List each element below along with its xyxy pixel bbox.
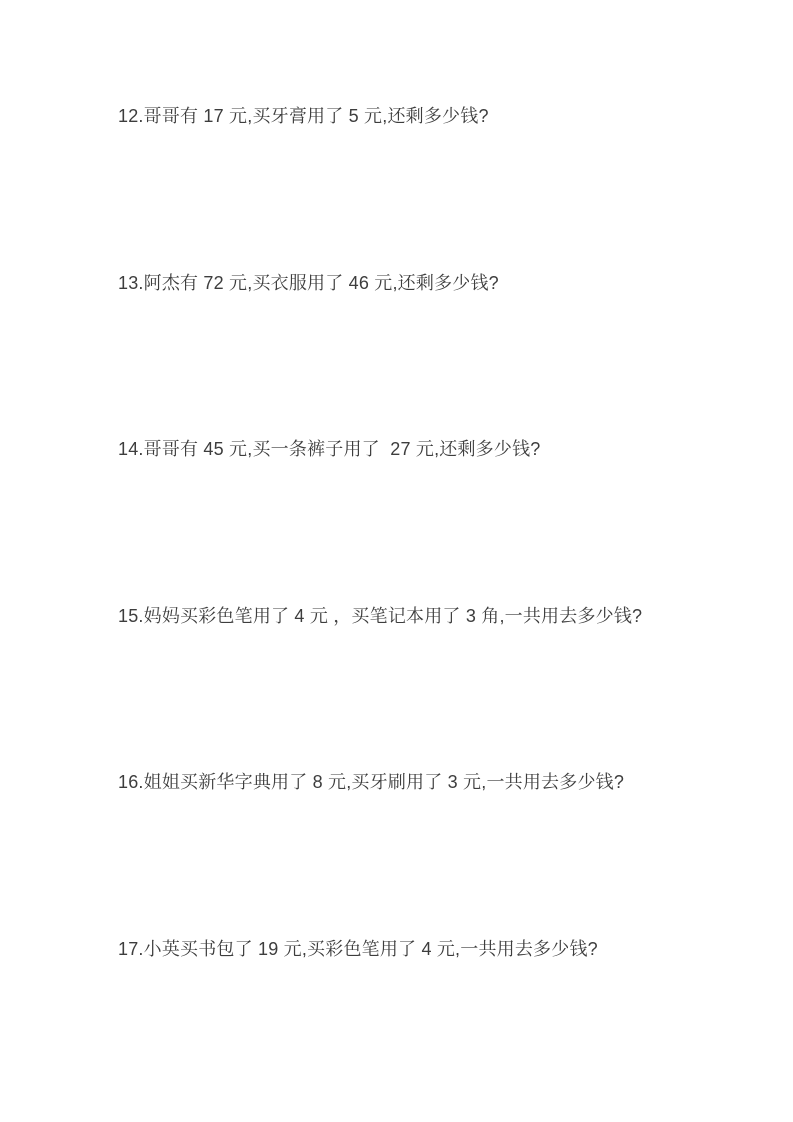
problem-14: 14.哥哥有 45 元,买一条裤子用了 27 元,还剩多少钱?: [118, 436, 733, 462]
problem-16: 16.姐姐买新华字典用了 8 元,买牙刷用了 3 元,一共用去多少钱?: [118, 769, 733, 795]
problem-12: 12.哥哥有 17 元,买牙膏用了 5 元,还剩多少钱?: [118, 103, 733, 129]
problem-17: 17.小英买书包了 19 元,买彩色笔用了 4 元,一共用去多少钱?: [118, 936, 733, 962]
problem-15: 15.妈妈买彩色笔用了 4 元 ，买笔记本用了 3 角,一共用去多少钱?: [118, 603, 733, 629]
worksheet-page: 12.哥哥有 17 元,买牙膏用了 5 元,还剩多少钱? 13.阿杰有 72 元…: [0, 0, 793, 1122]
problem-13: 13.阿杰有 72 元,买衣服用了 46 元,还剩多少钱?: [118, 270, 733, 296]
